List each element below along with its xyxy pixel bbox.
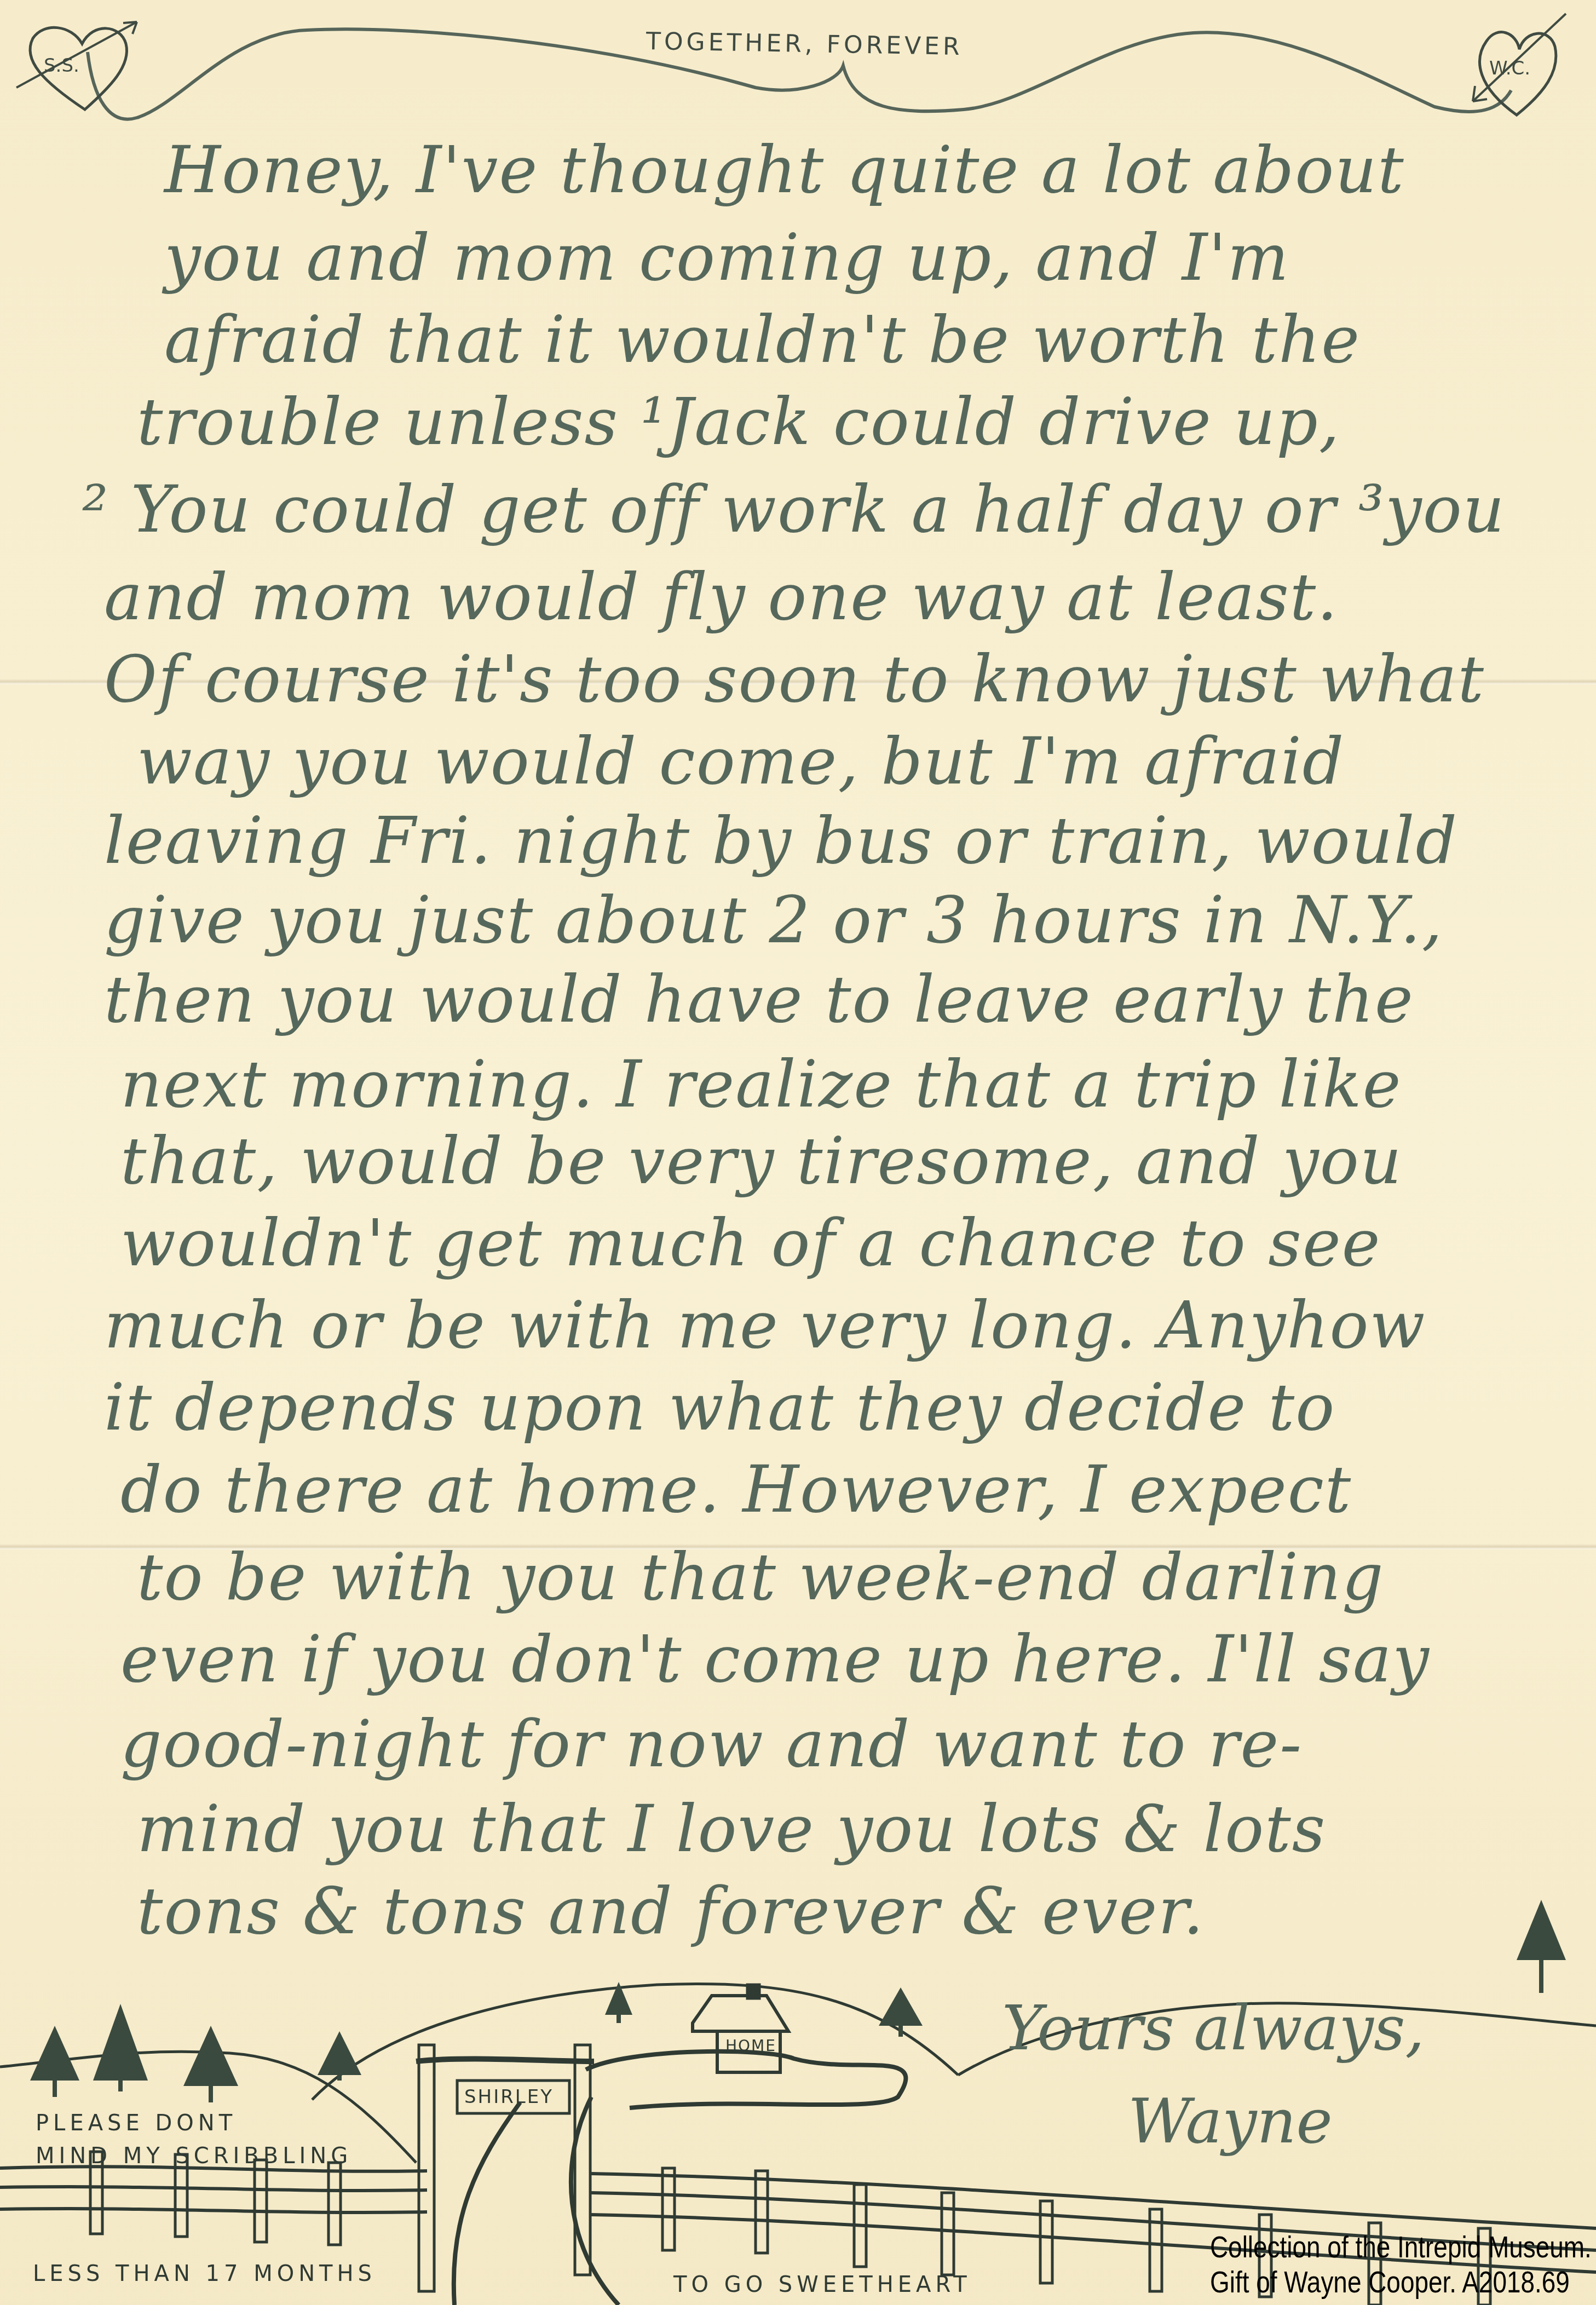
house-roof xyxy=(693,1996,788,2031)
gate-beam xyxy=(416,2059,594,2061)
countdown-text-left: LESS THAN 17 MONTHS xyxy=(33,2261,376,2286)
center-hill xyxy=(312,1984,958,2100)
landscape-sketch xyxy=(0,0,1596,2305)
caption-line-collection: Collection of the Intrepid Museum. xyxy=(1210,2229,1592,2264)
letter-signature: Wayne xyxy=(1128,2086,1333,2157)
road-left-edge xyxy=(454,2102,520,2305)
letter-closing: Yours always, xyxy=(1002,1993,1425,2064)
scribble-note-line2: MIND MY SCRIBBLING xyxy=(36,2143,352,2169)
museum-credit-caption: Collection of the Intrepid Museum. Gift … xyxy=(1210,2229,1592,2300)
house-chimney xyxy=(747,1985,759,1998)
countdown-text-right: TO GO SWEETHEART xyxy=(673,2272,971,2297)
gate-sign-text: SHIRLEY xyxy=(464,2086,554,2108)
house-label: HOME xyxy=(725,2037,776,2055)
road-top xyxy=(586,2052,906,2108)
scribble-note-line1: PLEASE DONT xyxy=(36,2111,237,2136)
gate-post-left xyxy=(419,2045,434,2291)
caption-line-gift: Gift of Wayne Cooper. A2018.69 xyxy=(1210,2264,1592,2300)
